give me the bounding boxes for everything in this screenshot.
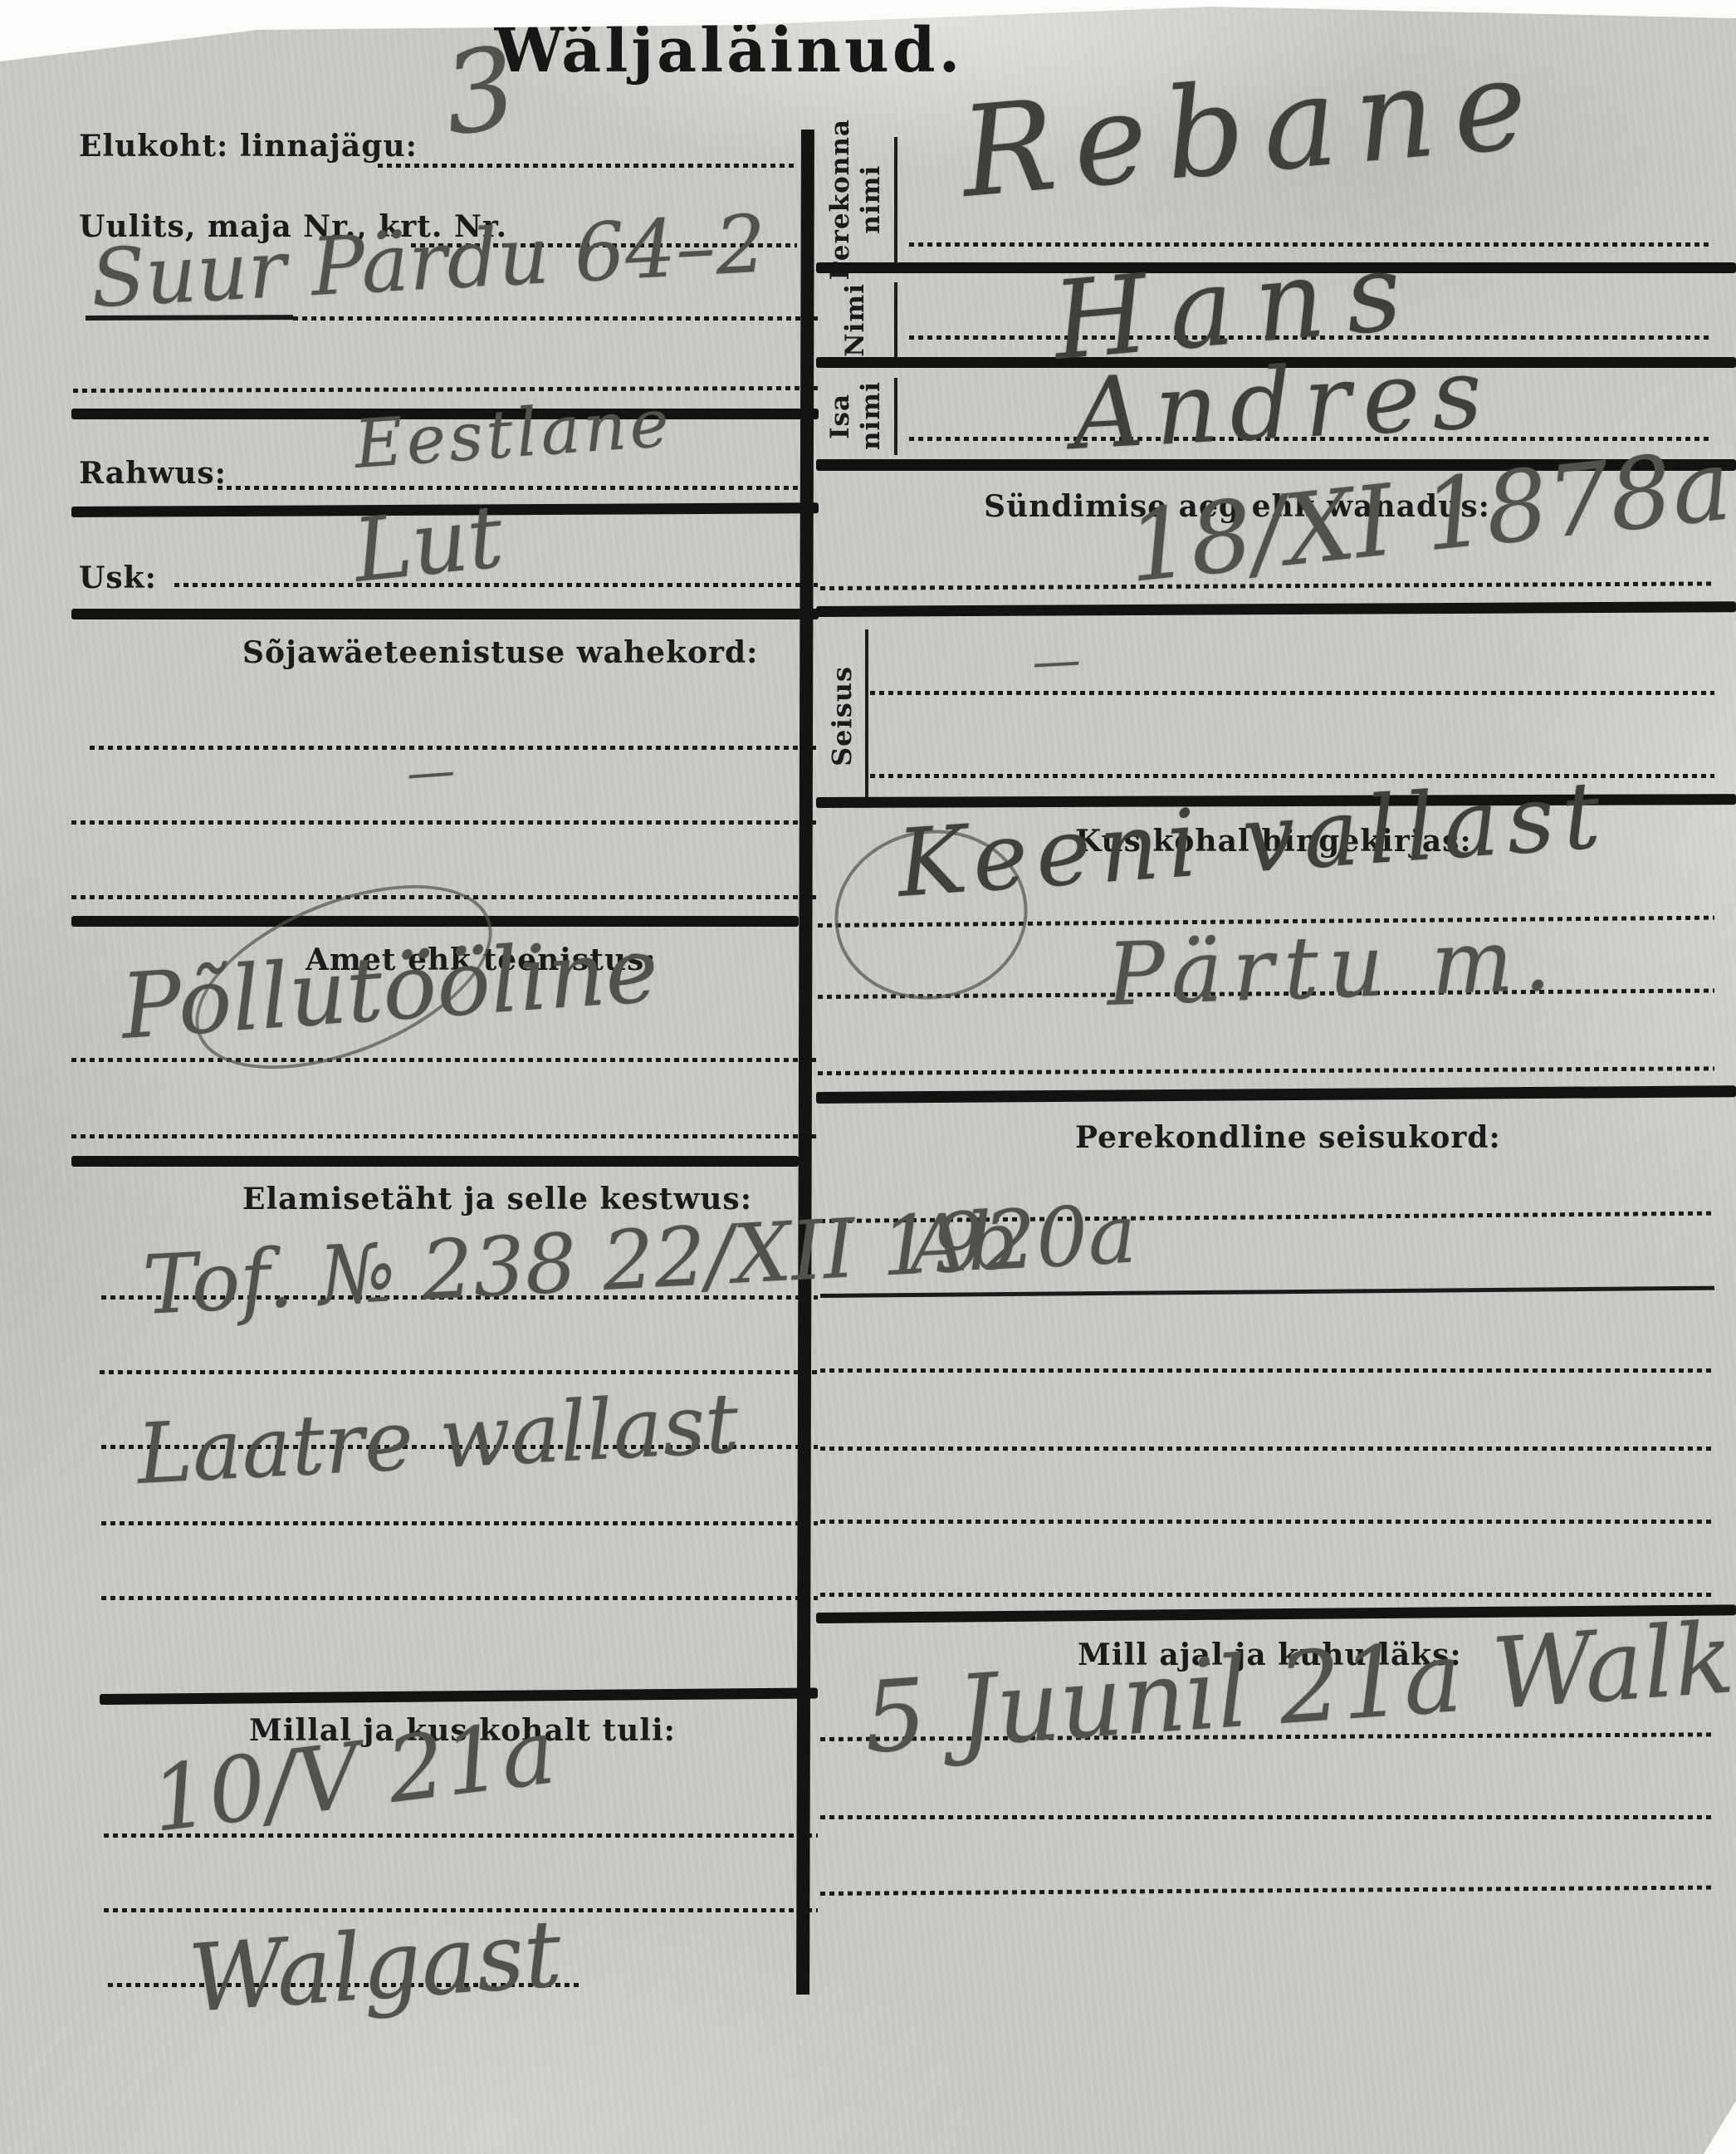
dotted-line [73,386,818,393]
thin-vertical-rule [894,137,897,263]
arrival-handwritten-line2: Walgast [186,1907,565,2026]
registry-handwritten-line1: Keeni vallast [894,768,1611,911]
form-title: Wäljaläinud. [495,20,964,81]
thick-rule [71,609,819,619]
dotted-line [71,1134,818,1138]
district-handwritten-value: 3 [437,31,523,152]
dotted-line [100,1370,818,1374]
dotted-line [870,691,1714,695]
thin-vertical-rule [894,378,897,455]
dotted-line [101,1596,818,1600]
thick-rule [816,1085,1736,1104]
dotted-line [820,1593,1714,1597]
family-status-label: Perekondline seisukord: [1075,1123,1501,1154]
dotted-line [820,1520,1714,1524]
family-name-label: Perekonna nimi [819,135,893,264]
father-name-label: Isa nimi [819,375,893,457]
dotted-line [218,486,799,490]
residence-label: Elukoht: linnajägu: [79,131,418,163]
military-service-label: Sõjawäeteenistuse wahekord: [242,638,758,669]
dotted-line [818,1066,1714,1075]
dotted-line [101,1521,818,1525]
registry-handwritten-line2: Pärtu m. [1105,916,1562,1018]
dotted-line [71,820,818,825]
first-name-label: Nimi [819,281,893,360]
dotted-line [378,164,797,168]
status-handwritten-value: — [1031,635,1082,686]
family-name-handwritten-value: Rebane [956,41,1550,216]
dotted-line [90,746,818,750]
dotted-line [71,1058,818,1062]
paper-sheet: Wäljaläinud. Elukoht: linnajägu: 3 Uulit… [0,0,1736,2154]
nationality-label: Rahwus: [79,458,227,490]
military-handwritten-value: — [405,746,457,797]
thin-vertical-rule [865,629,868,804]
family-status-handwritten-value: Ab [907,1200,1020,1285]
thick-rule [816,601,1736,617]
thick-rule [71,1156,799,1167]
dotted-line [293,316,818,321]
father-name-handwritten-value: Andres [1070,344,1496,463]
arrival-handwritten-line1: 10/V 21a [147,1707,560,1846]
dotted-line [820,1368,1714,1373]
scanned-registration-card: Wäljaläinud. Elukoht: linnajägu: 3 Uulit… [0,0,1736,2154]
religion-label: Usk: [79,563,157,595]
religion-handwritten-value: Lut [350,493,507,595]
permit-handwritten-line2: Laatre wallast [135,1382,741,1496]
dotted-line [820,1815,1714,1819]
dotted-line [820,1885,1714,1896]
thin-vertical-rule [894,282,897,359]
occupation-handwritten-value: Põllutööline [118,926,661,1053]
nationality-handwritten-value: Eestlane [352,389,674,478]
thick-rule [100,1687,818,1705]
departure-handwritten-value: 5 Juunil 21a Walka [861,1604,1736,1767]
dotted-line [820,1447,1714,1451]
status-label: Seisus [820,635,863,797]
